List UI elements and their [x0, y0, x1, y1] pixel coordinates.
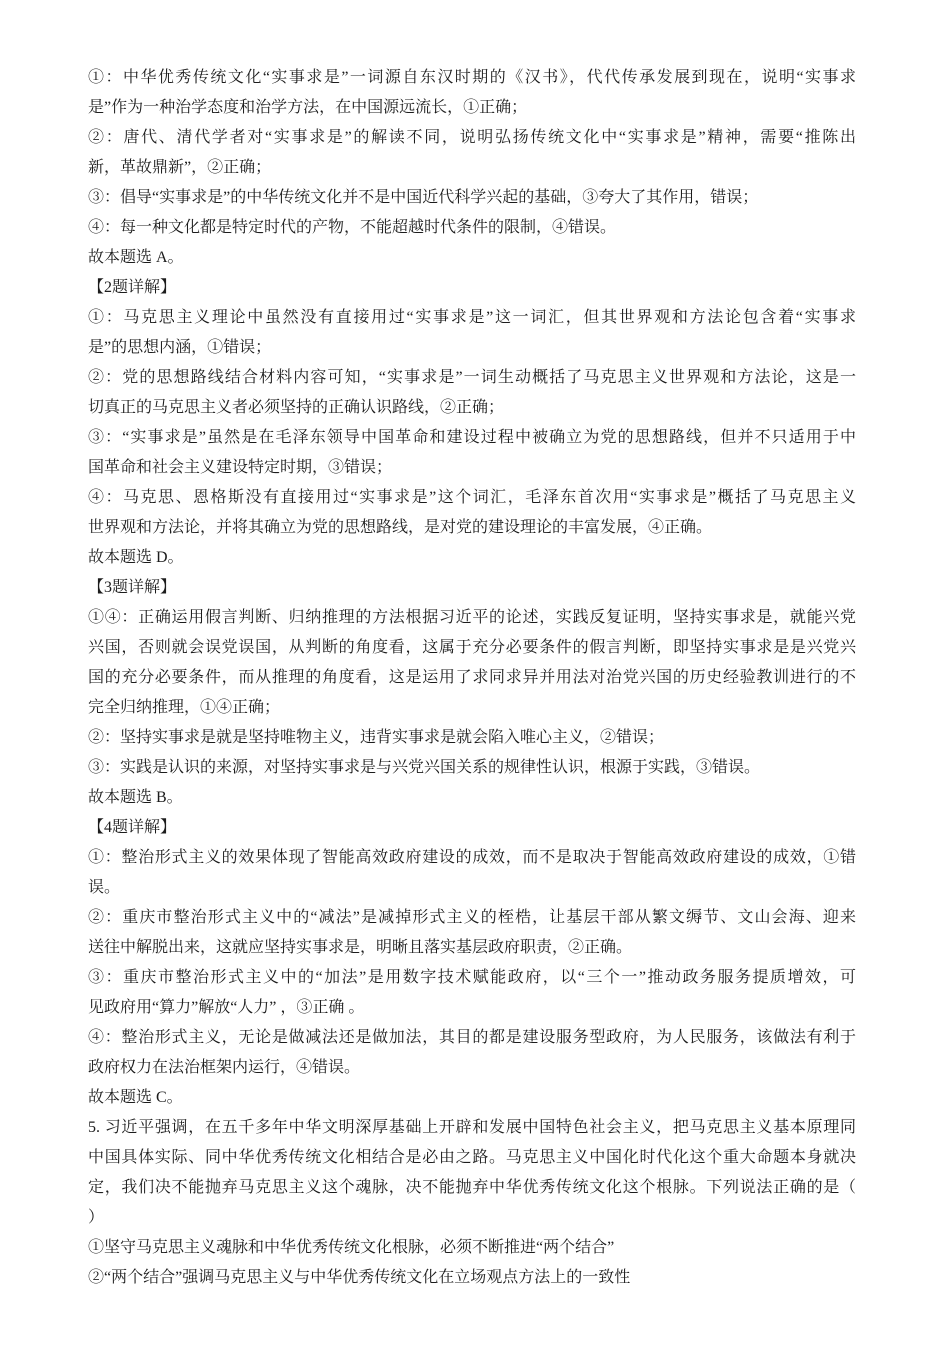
- explanation-q4-line: 误。: [88, 873, 856, 903]
- explanation-q3-line: ②：坚持实事求是就是坚持唯物主义，违背实事求是就会陷入唯心主义，②错误；: [88, 723, 856, 753]
- answer-line-q4: 故本题选 C。: [88, 1083, 856, 1113]
- question-5-option-line: ①坚守马克思主义魂脉和中华优秀传统文化根脉，必须不断推进“两个结合”: [88, 1233, 856, 1263]
- question-5-stem-line: 5. 习近平强调，在五千多年中华文明深厚基础上开辟和发展中国特色社会主义，把马克…: [88, 1113, 856, 1143]
- explanation-q1-line: ③：倡导“实事求是”的中华传统文化并不是中国近代科学兴起的基础，③夸大了其作用，…: [88, 183, 856, 213]
- explanation-q2-line: 世界观和方法论，并将其确立为党的思想路线，是对党的建设理论的丰富发展，④正确。: [88, 513, 856, 543]
- question-5-stem-line: ）: [88, 1203, 856, 1233]
- question-5-stem-line: 中国具体实际、同中华优秀传统文化相结合是必由之路。马克思主义中国化时代化这个重大…: [88, 1143, 856, 1173]
- document-page: ①：中华优秀传统文化“实事求是”一词源自东汉时期的《汉书》，代代传承发展到现在，…: [0, 0, 950, 1347]
- explanation-q1-line: ①：中华优秀传统文化“实事求是”一词源自东汉时期的《汉书》，代代传承发展到现在，…: [88, 63, 856, 93]
- explanation-q3-line: ③：实践是认识的来源，对坚持实事求是与兴党兴国关系的规律性认识，根源于实践，③错…: [88, 753, 856, 783]
- explanation-q2-line: ②：党的思想路线结合材料内容可知，“实事求是”一词生动概括了马克思主义世界观和方…: [88, 363, 856, 393]
- explanation-q1-line: ②：唐代、清代学者对“实事求是”的解读不同，说明弘扬传统文化中“实事求是”精神，…: [88, 123, 856, 153]
- explanation-q2-line: ④：马克思、恩格斯没有直接用过“实事求是”这个词汇，毛泽东首次用“实事求是”概括…: [88, 483, 856, 513]
- explanation-q3-line: ①④：正确运用假言判断、归纳推理的方法根据习近平的论述，实践反复证明，坚持实事求…: [88, 603, 856, 633]
- answer-explanations-text-block: ①：中华优秀传统文化“实事求是”一词源自东汉时期的《汉书》，代代传承发展到现在，…: [88, 63, 856, 1293]
- explanation-q2-line: ①：马克思主义理论中虽然没有直接用过“实事求是”这一词汇，但其世界观和方法论包含…: [88, 303, 856, 333]
- answer-line-q3: 故本题选 B。: [88, 783, 856, 813]
- explanation-q4-line: ③：重庆市整治形式主义中的“加法”是用数字技术赋能政府，以“三个一”推动政务服务…: [88, 963, 856, 993]
- explanation-q4-line: 送往中解脱出来，这就应坚持实事求是，明晰且落实基层政府职责，②正确。: [88, 933, 856, 963]
- question-5-stem-line: 定，我们决不能抛弃马克思主义这个魂脉，决不能抛弃中华优秀传统文化这个根脉。下列说…: [88, 1173, 856, 1203]
- explanation-q3-line: 兴国，否则就会误党误国，从判断的角度看，这属于充分必要条件的假言判断，即坚持实事…: [88, 633, 856, 663]
- explanation-q4-line: ④：整治形式主义，无论是做减法还是做加法，其目的都是建设服务型政府，为人民服务，…: [88, 1023, 856, 1053]
- explanation-q1-line: 新，革故鼎新”，②正确；: [88, 153, 856, 183]
- explanation-q4-line: 政府权力在法治框架内运行，④错误。: [88, 1053, 856, 1083]
- section-heading-q3: 【3题详解】: [88, 573, 856, 603]
- explanation-q2-line: 国革命和社会主义建设特定时期，③错误；: [88, 453, 856, 483]
- explanation-q1-line: 是”作为一种治学态度和治学方法，在中国源远流长，①正确；: [88, 93, 856, 123]
- section-heading-q2: 【2题详解】: [88, 273, 856, 303]
- explanation-q4-line: ②：重庆市整治形式主义中的“减法”是减掉形式主义的桎梏，让基层干部从繁文缛节、文…: [88, 903, 856, 933]
- explanation-q2-line: ③：“实事求是”虽然是在毛泽东领导中国革命和建设过程中被确立为党的思想路线，但并…: [88, 423, 856, 453]
- explanation-q4-line: 见政府用“算力”解放“人力” ，③正确 。: [88, 993, 856, 1023]
- question-5-option-line: ②“两个结合”强调马克思主义与中华优秀传统文化在立场观点方法上的一致性: [88, 1263, 856, 1293]
- explanation-q2-line: 切真正的马克思主义者必须坚持的正确认识路线，②正确；: [88, 393, 856, 423]
- explanation-q1-line: ④：每一种文化都是特定时代的产物，不能超越时代条件的限制，④错误。: [88, 213, 856, 243]
- answer-line-q2: 故本题选 D。: [88, 543, 856, 573]
- section-heading-q4: 【4题详解】: [88, 813, 856, 843]
- explanation-q2-line: 是”的思想内涵，①错误；: [88, 333, 856, 363]
- explanation-q3-line: 国的充分必要条件，而从推理的角度看，这是运用了求同求异并用法对治党兴国的历史经验…: [88, 663, 856, 693]
- answer-line-q1: 故本题选 A。: [88, 243, 856, 273]
- explanation-q4-line: ①：整治形式主义的效果体现了智能高效政府建设的成效，而不是取决于智能高效政府建设…: [88, 843, 856, 873]
- explanation-q3-line: 完全归纳推理，①④正确；: [88, 693, 856, 723]
